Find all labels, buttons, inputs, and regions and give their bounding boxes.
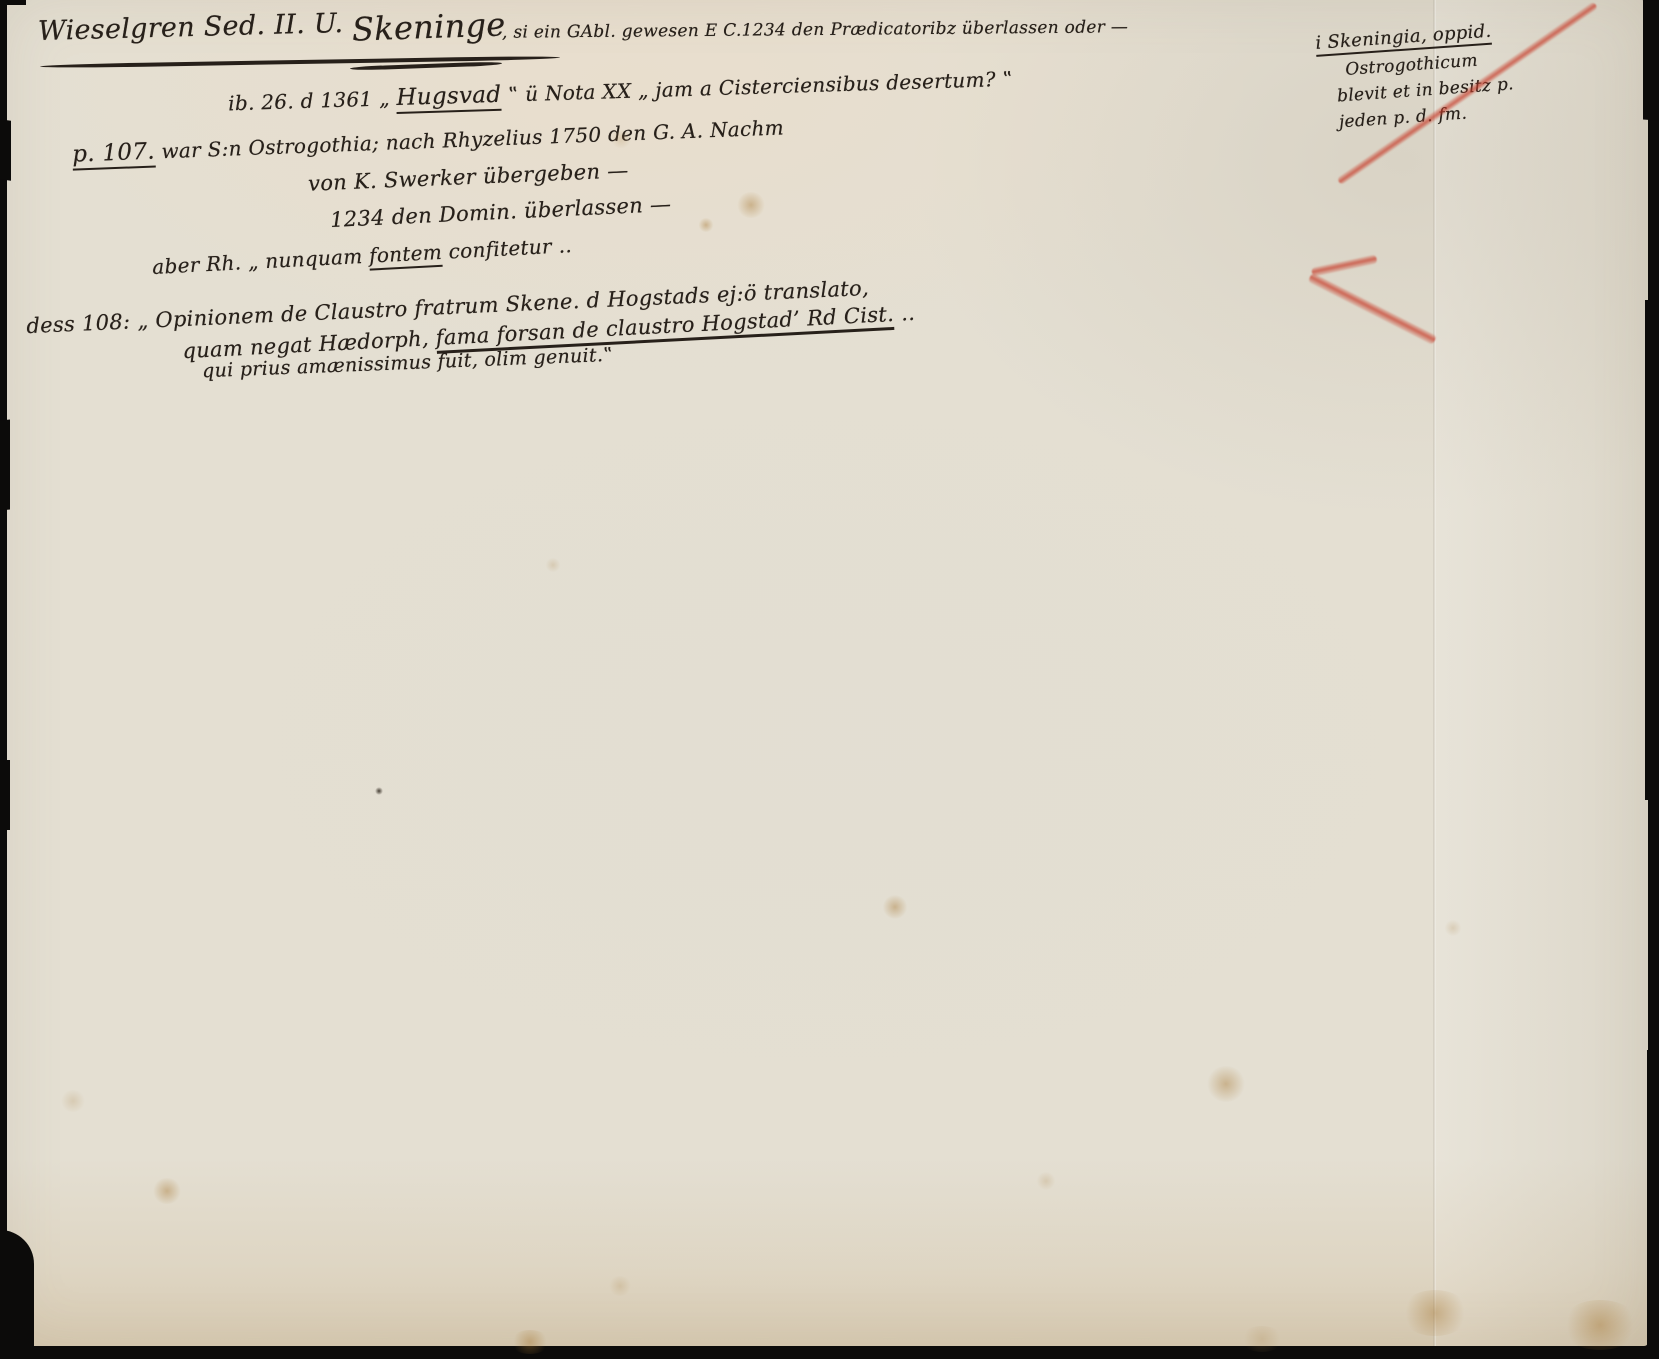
- line-text-underlined: fontem: [369, 240, 443, 271]
- scan-edge-notch: [0, 119, 11, 181]
- scan-edge-notch: [1647, 1050, 1659, 1359]
- scan-edge-notch: [1645, 300, 1659, 800]
- line-text-underlined: Hugsvad: [396, 82, 502, 114]
- paper-sheet: [7, 0, 1648, 1346]
- scan-edge-notch: [0, 419, 10, 510]
- scan-edge-notch: [1643, 0, 1659, 121]
- line-text: ‥: [893, 301, 916, 326]
- heading-title: Skeninge: [351, 5, 506, 48]
- line-text: ib. 26. d 1361 „: [228, 86, 397, 115]
- line-text-underlined: p. 107.: [72, 139, 156, 171]
- scan-edge-notch: [0, 0, 26, 5]
- scanned-page: Wieselgren Sed. II. U. Skeninge , si ein…: [0, 0, 1659, 1359]
- scan-edge-notch: [0, 1230, 34, 1359]
- scan-edge-notch: [0, 760, 10, 830]
